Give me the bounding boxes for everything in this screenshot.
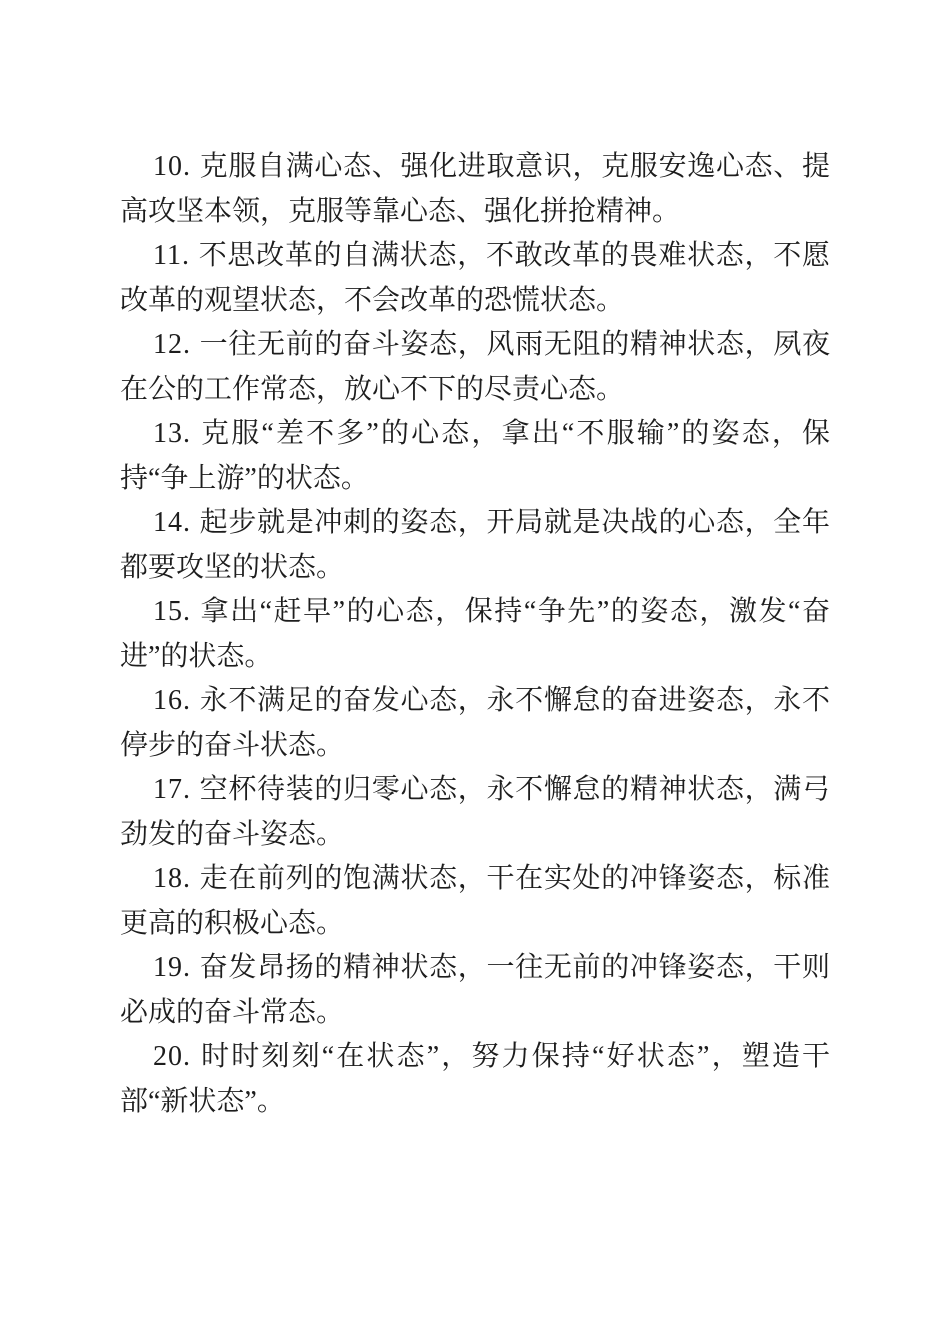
list-item: 16.永不满足的奋发心态，永不懈怠的奋进姿态，永不停步的奋斗状态。 (120, 679, 830, 768)
list-item-text: 克服自满心态、强化进取意识，克服安逸心态、提高攻坚本领，克服等靠心态、强化拼抢精… (120, 151, 830, 227)
list-item-number: 18. (153, 863, 191, 894)
list-item-number: 15. (153, 596, 191, 627)
list-item-number: 14. (153, 507, 191, 538)
list-item-text: 时时刻刻“在状态”，努力保持“好状态”，塑造干部“新状态”。 (120, 1041, 830, 1117)
list-item-text: 克服“差不多”的心态，拿出“不服输”的姿态，保持“争上游”的状态。 (120, 418, 830, 494)
list-item-number: 17. (153, 774, 191, 805)
list-item-text: 走在前列的饱满状态，干在实处的冲锋姿态，标准更高的积极心态。 (120, 863, 830, 939)
list-item-number: 13. (153, 418, 191, 449)
list-item: 11.不思改革的自满状态，不敢改革的畏难状态，不愿改革的观望状态，不会改革的恐慌… (120, 234, 830, 323)
list-item-text: 奋发昂扬的精神状态，一往无前的冲锋姿态，干则必成的奋斗常态。 (120, 952, 830, 1028)
list-item-text: 拿出“赶早”的心态，保持“争先”的姿态，激发“奋进”的状态。 (120, 596, 830, 672)
list-item: 15.拿出“赶早”的心态，保持“争先”的姿态，激发“奋进”的状态。 (120, 590, 830, 679)
list-item-text: 永不满足的奋发心态，永不懈怠的奋进姿态，永不停步的奋斗状态。 (120, 685, 830, 761)
list-item: 14.起步就是冲刺的姿态，开局就是决战的心态，全年都要攻坚的状态。 (120, 501, 830, 590)
document-content: 10.克服自满心态、强化进取意识，克服安逸心态、提高攻坚本领，克服等靠心态、强化… (120, 145, 830, 1124)
list-item-text: 起步就是冲刺的姿态，开局就是决战的心态，全年都要攻坚的状态。 (120, 507, 830, 583)
list-item: 13.克服“差不多”的心态，拿出“不服输”的姿态，保持“争上游”的状态。 (120, 412, 830, 501)
document-page: 10.克服自满心态、强化进取意识，克服安逸心态、提高攻坚本领，克服等靠心态、强化… (0, 0, 950, 1344)
list-item: 19.奋发昂扬的精神状态，一往无前的冲锋姿态，干则必成的奋斗常态。 (120, 946, 830, 1035)
list-item-text: 不思改革的自满状态，不敢改革的畏难状态，不愿改革的观望状态，不会改革的恐慌状态。 (120, 240, 830, 316)
list-item-number: 16. (153, 685, 191, 716)
list-item-number: 12. (153, 329, 191, 360)
list-item: 17.空杯待装的归零心态，永不懈怠的精神状态，满弓劲发的奋斗姿态。 (120, 768, 830, 857)
list-item-text: 空杯待装的归零心态，永不懈怠的精神状态，满弓劲发的奋斗姿态。 (120, 774, 830, 850)
list-item: 18.走在前列的饱满状态，干在实处的冲锋姿态，标准更高的积极心态。 (120, 857, 830, 946)
list-item-number: 11. (153, 240, 190, 271)
list-item: 20.时时刻刻“在状态”，努力保持“好状态”，塑造干部“新状态”。 (120, 1035, 830, 1124)
list-item-number: 10. (153, 151, 191, 182)
list-item: 12.一往无前的奋斗姿态，风雨无阻的精神状态，夙夜在公的工作常态，放心不下的尽责… (120, 323, 830, 412)
list-item-number: 20. (153, 1041, 191, 1072)
list-item-number: 19. (153, 952, 191, 983)
list-item: 10.克服自满心态、强化进取意识，克服安逸心态、提高攻坚本领，克服等靠心态、强化… (120, 145, 830, 234)
list-item-text: 一往无前的奋斗姿态，风雨无阻的精神状态，夙夜在公的工作常态，放心不下的尽责心态。 (120, 329, 830, 405)
